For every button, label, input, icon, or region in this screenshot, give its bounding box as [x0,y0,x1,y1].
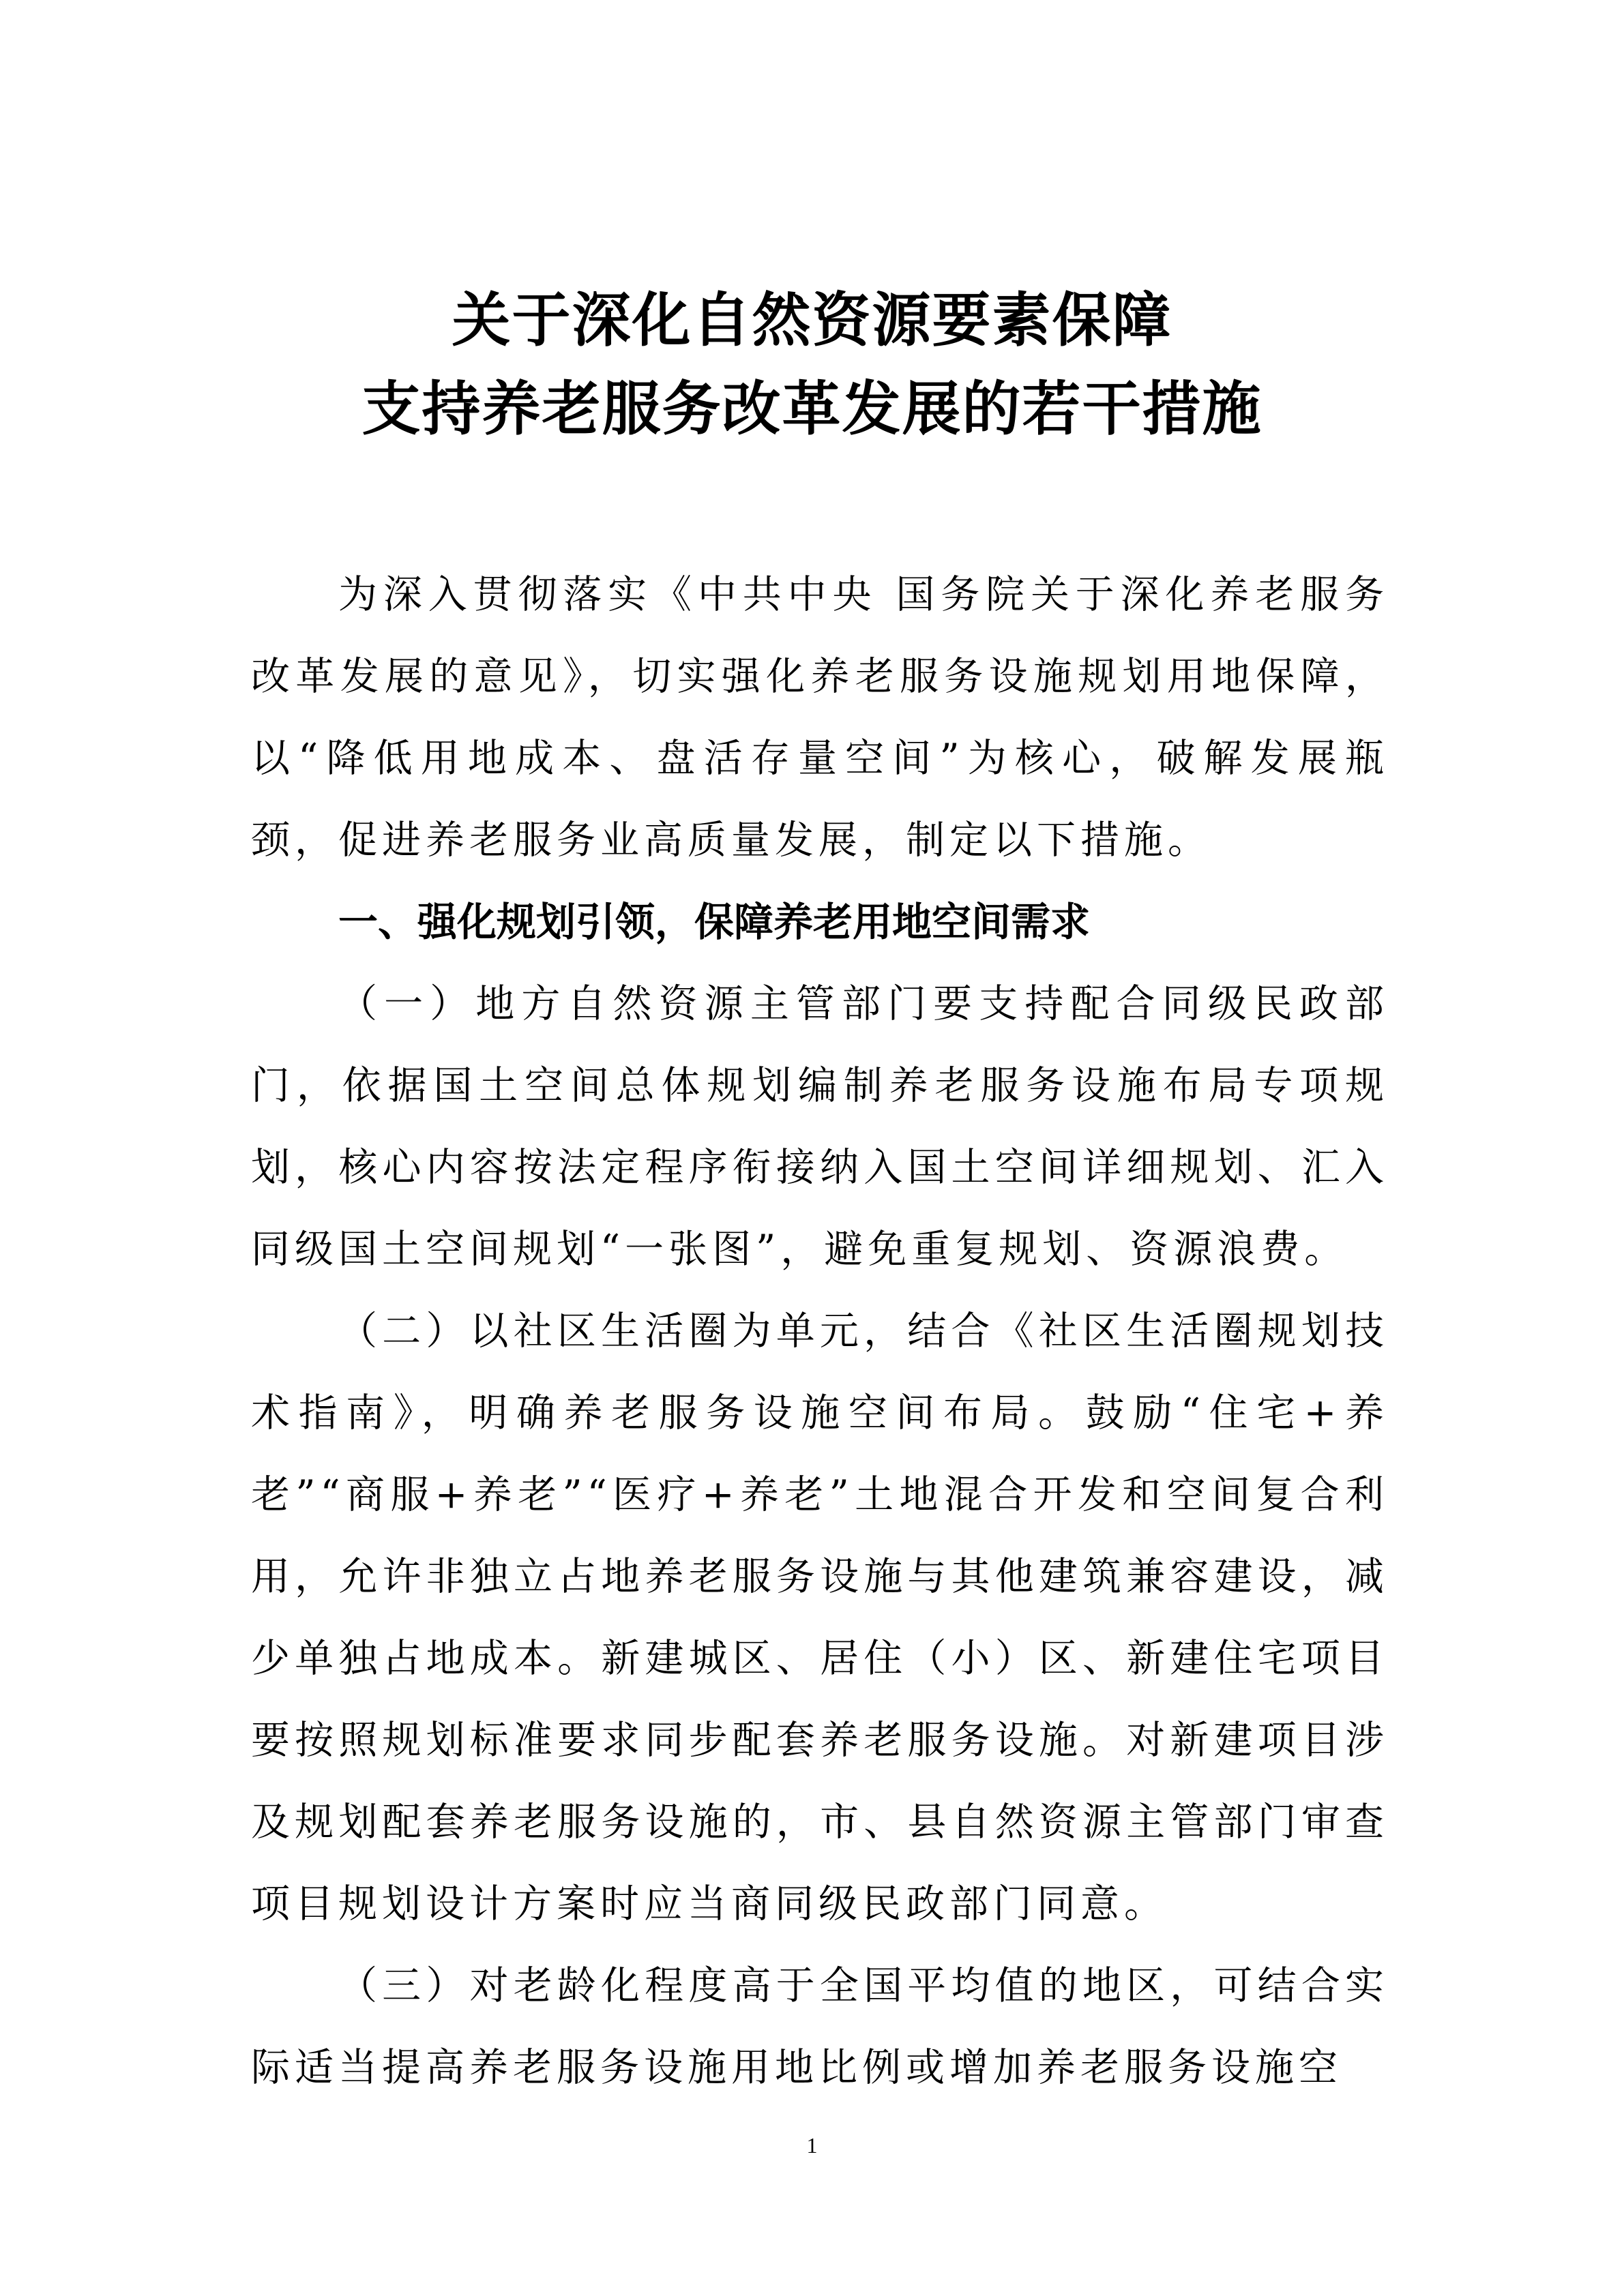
title-line-1: 关于深化自然资源要素保障 [0,276,1624,365]
title-line-2: 支持养老服务改革发展的若干措施 [0,365,1624,453]
document-page: 关于深化自然资源要素保障 支持养老服务改革发展的若干措施 为深入贯彻落实《中共中… [0,0,1624,2296]
section-heading-1: 一、强化规划引领，保障养老用地空间需求 [251,881,1389,963]
clause-paragraph-3: （三）对老龄化程度高于全国平均值的地区，可结合实际适当提高养老服务设施用地比例或… [251,1945,1389,2108]
document-body: 为深入贯彻落实《中共中央 国务院关于深化养老服务改革发展的意见》，切实强化养老服… [251,554,1389,2108]
document-title: 关于深化自然资源要素保障 支持养老服务改革发展的若干措施 [0,276,1624,453]
page-number: 1 [0,2133,1624,2158]
clause-paragraph-1: （一）地方自然资源主管部门要支持配合同级民政部门，依据国土空间总体规划编制养老服… [251,963,1389,1290]
clause-paragraph-2: （二）以社区生活圈为单元，结合《社区生活圈规划技术指南》，明确养老服务设施空间布… [251,1290,1389,1945]
intro-paragraph: 为深入贯彻落实《中共中央 国务院关于深化养老服务改革发展的意见》，切实强化养老服… [251,554,1389,881]
